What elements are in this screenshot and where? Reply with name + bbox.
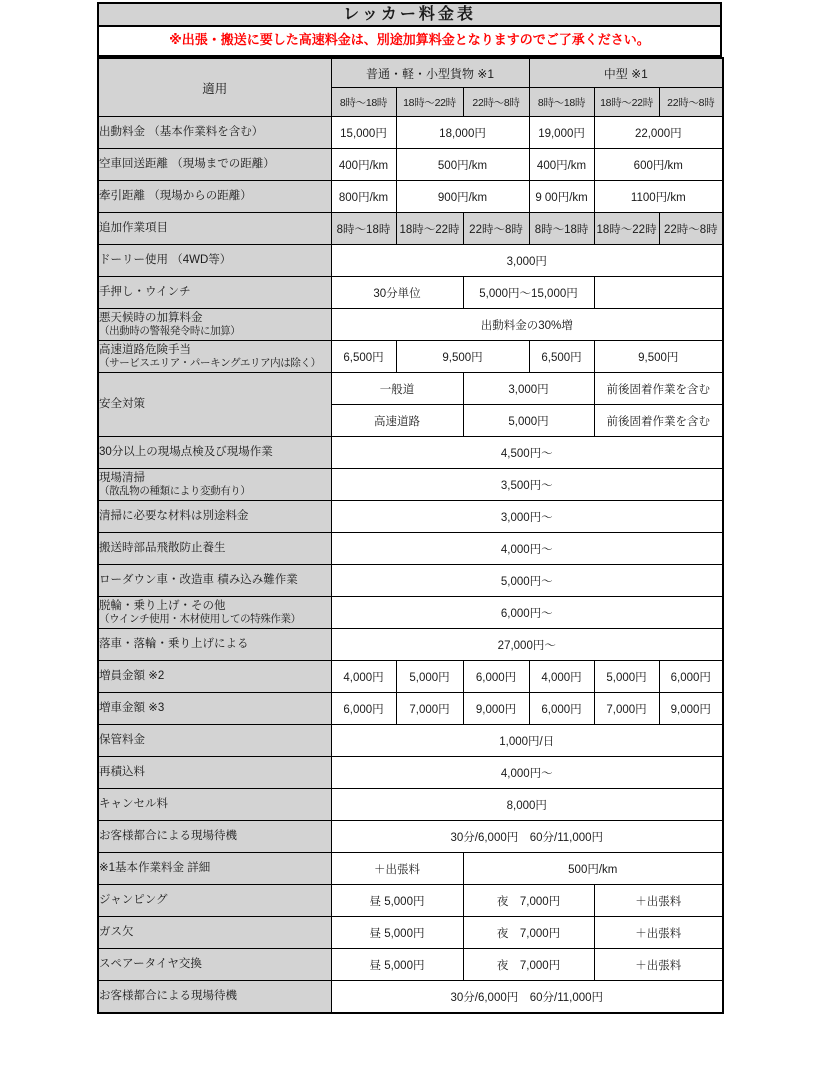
price-cell: 400円/km [331, 149, 396, 181]
time-slot-cell: 18時～22時 [396, 213, 463, 245]
row-label-text: 清掃に必要な材料は別途料金 [99, 509, 331, 523]
price-cell: 7,000円 [594, 693, 659, 725]
row-label-subtext: （散乱物の種類により変動有り） [99, 485, 331, 498]
notice-banner: ※出張・搬送に要した高速料金は、別途加算料金となりますのでご了承ください。 [97, 27, 722, 57]
price-cell: 800円/km [331, 181, 396, 213]
table-row: 現場清掃（散乱物の種類により変動有り）3,500円～ [98, 469, 723, 501]
price-cell: ＋出張料 [594, 917, 723, 949]
table-row: ローダウン車・改造車 積み込み難作業5,000円～ [98, 565, 723, 597]
price-cell: 高速道路 [331, 405, 463, 437]
table-row: 手押し・ウインチ30分単位5,000円～15,000円 [98, 277, 723, 309]
row-label-text: ジャンピング [99, 893, 331, 907]
price-cell: 30分単位 [331, 277, 463, 309]
price-cell: 9,500円 [396, 341, 529, 373]
time-slot-header: 8時～18時 [331, 88, 396, 117]
price-cell: 9,000円 [463, 693, 529, 725]
row-label-text: 安全対策 [99, 397, 331, 411]
time-slot-cell: 22時～8時 [463, 213, 529, 245]
row-label-text: 30分以上の現場点検及び現場作業 [99, 445, 331, 459]
time-slot-cell: 18時～22時 [594, 213, 659, 245]
price-cell: 4,000円～ [331, 533, 723, 565]
row-label: ※1基本作業料金 詳細 [98, 853, 331, 885]
price-cell: 3,500円～ [331, 469, 723, 501]
price-cell: 4,000円～ [331, 757, 723, 789]
table-row: 清掃に必要な材料は別途料金3,000円～ [98, 501, 723, 533]
table-row: スペアータイヤ交換昼 5,000円夜 7,000円＋出張料 [98, 949, 723, 981]
price-cell: 8,000円 [331, 789, 723, 821]
row-label: 追加作業項目 [98, 213, 331, 245]
price-cell: 4,000円 [529, 661, 594, 693]
price-cell: 5,000円～15,000円 [463, 277, 594, 309]
price-cell: 500円/km [463, 853, 723, 885]
row-label-subtext: （ウインチ使用・木材使用しての特殊作業） [99, 613, 331, 626]
table-row: ドーリー使用 （4WD等）3,000円 [98, 245, 723, 277]
table-row: ※1基本作業料金 詳細＋出張料500円/km [98, 853, 723, 885]
table-row: ジャンピング昼 5,000円夜 7,000円＋出張料 [98, 885, 723, 917]
header-row-groups: 適用 普通・軽・小型貨物 ※1 中型 ※1 [98, 58, 723, 88]
table-row: お客様都合による現場待機30分/6,000円 60分/11,000円 [98, 821, 723, 853]
table-row: 脱輪・乗り上げ・その他（ウインチ使用・木材使用しての特殊作業）6,000円～ [98, 597, 723, 629]
price-cell: 4,500円～ [331, 437, 723, 469]
row-label-subtext: （サービスエリア・パーキングエリア内は除く） [99, 357, 331, 370]
price-sheet: レッカー料金表 ※出張・搬送に要した高速料金は、別途加算料金となりますのでご了承… [97, 2, 722, 1014]
price-cell: 500円/km [396, 149, 529, 181]
row-label: ガス欠 [98, 917, 331, 949]
row-label-text: キャンセル料 [99, 797, 331, 811]
row-label-text: 現場清掃 [99, 471, 331, 485]
row-label: 増員金額 ※2 [98, 661, 331, 693]
price-cell: 30分/6,000円 60分/11,000円 [331, 981, 723, 1014]
row-label: ジャンピング [98, 885, 331, 917]
price-cell: 一般道 [331, 373, 463, 405]
price-cell: 400円/km [529, 149, 594, 181]
row-label: ローダウン車・改造車 積み込み難作業 [98, 565, 331, 597]
time-slot-cell: 8時～18時 [331, 213, 396, 245]
price-cell: 夜 7,000円 [463, 885, 594, 917]
price-cell: 6,500円 [331, 341, 396, 373]
price-cell: 3,000円 [331, 245, 723, 277]
price-cell: 9,000円 [659, 693, 723, 725]
price-cell: 昼 5,000円 [331, 917, 463, 949]
row-label: 現場清掃（散乱物の種類により変動有り） [98, 469, 331, 501]
price-cell: 900円/km [396, 181, 529, 213]
time-slot-header: 8時～18時 [529, 88, 594, 117]
row-label-text: 追加作業項目 [99, 221, 331, 235]
price-cell: 30分/6,000円 60分/11,000円 [331, 821, 723, 853]
page-title: レッカー料金表 [97, 2, 722, 27]
table-row: 高速道路危険手当（サービスエリア・パーキングエリア内は除く）6,500円9,50… [98, 341, 723, 373]
row-label-text: 手押し・ウインチ [99, 285, 331, 299]
price-cell: 7,000円 [396, 693, 463, 725]
row-label: 30分以上の現場点検及び現場作業 [98, 437, 331, 469]
table-row: 出動料金 （基本作業料を含む）15,000円18,000円19,000円22,0… [98, 117, 723, 149]
table-row: 増車金額 ※36,000円7,000円9,000円6,000円7,000円9,0… [98, 693, 723, 725]
price-cell: 5,000円 [396, 661, 463, 693]
row-label-text: 保管料金 [99, 733, 331, 747]
row-label: スペアータイヤ交換 [98, 949, 331, 981]
price-cell: 15,000円 [331, 117, 396, 149]
price-cell: 5,000円 [463, 405, 594, 437]
table-row: 落車・落輪・乗り上げによる27,000円～ [98, 629, 723, 661]
price-cell: 9 00円/km [529, 181, 594, 213]
time-slot-header: 22時～8時 [463, 88, 529, 117]
price-cell: 夜 7,000円 [463, 949, 594, 981]
price-cell: 6,000円～ [331, 597, 723, 629]
price-cell: 前後固着作業を含む [594, 405, 723, 437]
price-cell: ＋出張料 [331, 853, 463, 885]
table-row: お客様都合による現場待機30分/6,000円 60分/11,000円 [98, 981, 723, 1014]
price-cell: 600円/km [594, 149, 723, 181]
row-label: お客様都合による現場待機 [98, 821, 331, 853]
table-row: 搬送時部品飛散防止養生4,000円～ [98, 533, 723, 565]
row-label-text: 搬送時部品飛散防止養生 [99, 541, 331, 555]
price-cell: 4,000円 [331, 661, 396, 693]
table-row: 悪天候時の加算料金（出動時の警報発令時に加算）出動料金の30%増 [98, 309, 723, 341]
row-label: 搬送時部品飛散防止養生 [98, 533, 331, 565]
row-label: 保管料金 [98, 725, 331, 757]
row-label: 高速道路危険手当（サービスエリア・パーキングエリア内は除く） [98, 341, 331, 373]
row-label: 増車金額 ※3 [98, 693, 331, 725]
table-body: 出動料金 （基本作業料を含む）15,000円18,000円19,000円22,0… [98, 117, 723, 1014]
table-row: キャンセル料8,000円 [98, 789, 723, 821]
price-cell: 9,500円 [594, 341, 723, 373]
price-cell: 18,000円 [396, 117, 529, 149]
price-cell: 前後固着作業を含む [594, 373, 723, 405]
row-label-text: スペアータイヤ交換 [99, 957, 331, 971]
table-row: 再積込料4,000円～ [98, 757, 723, 789]
row-label: お客様都合による現場待機 [98, 981, 331, 1014]
header-group-standard: 普通・軽・小型貨物 ※1 [331, 58, 529, 88]
row-label: 清掃に必要な材料は別途料金 [98, 501, 331, 533]
row-label: 脱輪・乗り上げ・その他（ウインチ使用・木材使用しての特殊作業） [98, 597, 331, 629]
row-label-text: 増車金額 ※3 [99, 701, 331, 715]
price-cell: 1,000円/日 [331, 725, 723, 757]
price-cell: 27,000円～ [331, 629, 723, 661]
row-label-text: 増員金額 ※2 [99, 669, 331, 683]
price-cell: 6,000円 [529, 693, 594, 725]
price-cell: 昼 5,000円 [331, 885, 463, 917]
row-label: 安全対策 [98, 373, 331, 437]
row-label: 牽引距離 （現場からの距離） [98, 181, 331, 213]
price-cell: 22,000円 [594, 117, 723, 149]
row-label-text: 脱輪・乗り上げ・その他 [99, 599, 331, 613]
price-cell: 3,000円～ [331, 501, 723, 533]
row-label: 空車回送距離 （現場までの距離） [98, 149, 331, 181]
header-apply: 適用 [98, 58, 331, 117]
header-group-medium: 中型 ※1 [529, 58, 723, 88]
row-label: 出動料金 （基本作業料を含む） [98, 117, 331, 149]
row-label: 落車・落輪・乗り上げによる [98, 629, 331, 661]
time-slot-cell: 22時～8時 [659, 213, 723, 245]
price-cell: 3,000円 [463, 373, 594, 405]
price-cell: 5,000円～ [331, 565, 723, 597]
table-row: 追加作業項目8時～18時18時～22時22時～8時8時～18時18時～22時22… [98, 213, 723, 245]
table-row: 空車回送距離 （現場までの距離）400円/km500円/km400円/km600… [98, 149, 723, 181]
time-slot-header: 18時～22時 [594, 88, 659, 117]
time-slot-cell: 8時～18時 [529, 213, 594, 245]
row-label-text: 空車回送距離 （現場までの距離） [99, 157, 331, 171]
price-cell [594, 277, 723, 309]
price-cell: 1100円/km [594, 181, 723, 213]
price-cell: 6,000円 [331, 693, 396, 725]
row-label-text: 牽引距離 （現場からの距離） [99, 189, 331, 203]
price-table: 適用 普通・軽・小型貨物 ※1 中型 ※1 8時～18時 18時～22時 22時… [97, 57, 724, 1014]
row-label-text: 再積込料 [99, 765, 331, 779]
row-label-subtext: （出動時の警報発令時に加算） [99, 325, 331, 338]
price-cell: 6,000円 [463, 661, 529, 693]
price-cell: 6,000円 [659, 661, 723, 693]
table-row: 牽引距離 （現場からの距離）800円/km900円/km9 00円/km1100… [98, 181, 723, 213]
table-row: ガス欠昼 5,000円夜 7,000円＋出張料 [98, 917, 723, 949]
row-label: 再積込料 [98, 757, 331, 789]
row-label: 悪天候時の加算料金（出動時の警報発令時に加算） [98, 309, 331, 341]
price-cell: ＋出張料 [594, 949, 723, 981]
row-label-text: お客様都合による現場待機 [99, 829, 331, 843]
row-label-text: 高速道路危険手当 [99, 343, 331, 357]
row-label: ドーリー使用 （4WD等） [98, 245, 331, 277]
row-label-text: 落車・落輪・乗り上げによる [99, 637, 331, 651]
row-label-text: ローダウン車・改造車 積み込み難作業 [99, 573, 331, 587]
row-label-text: ガス欠 [99, 925, 331, 939]
price-cell: 19,000円 [529, 117, 594, 149]
table-row: 増員金額 ※24,000円5,000円6,000円4,000円5,000円6,0… [98, 661, 723, 693]
price-cell: 5,000円 [594, 661, 659, 693]
row-label-text: ※1基本作業料金 詳細 [99, 861, 331, 875]
table-row: 保管料金1,000円/日 [98, 725, 723, 757]
time-slot-header: 22時～8時 [659, 88, 723, 117]
price-cell: 夜 7,000円 [463, 917, 594, 949]
price-cell: 6,500円 [529, 341, 594, 373]
row-label: キャンセル料 [98, 789, 331, 821]
time-slot-header: 18時～22時 [396, 88, 463, 117]
price-cell: 昼 5,000円 [331, 949, 463, 981]
row-label-text: お客様都合による現場待機 [99, 989, 331, 1003]
table-row: 30分以上の現場点検及び現場作業4,500円～ [98, 437, 723, 469]
row-label-text: 出動料金 （基本作業料を含む） [99, 125, 331, 139]
row-label-text: 悪天候時の加算料金 [99, 311, 331, 325]
row-label: 手押し・ウインチ [98, 277, 331, 309]
price-cell: ＋出張料 [594, 885, 723, 917]
row-label-text: ドーリー使用 （4WD等） [99, 253, 331, 267]
table-row: 安全対策一般道3,000円前後固着作業を含む [98, 373, 723, 405]
price-cell: 出動料金の30%増 [331, 309, 723, 341]
